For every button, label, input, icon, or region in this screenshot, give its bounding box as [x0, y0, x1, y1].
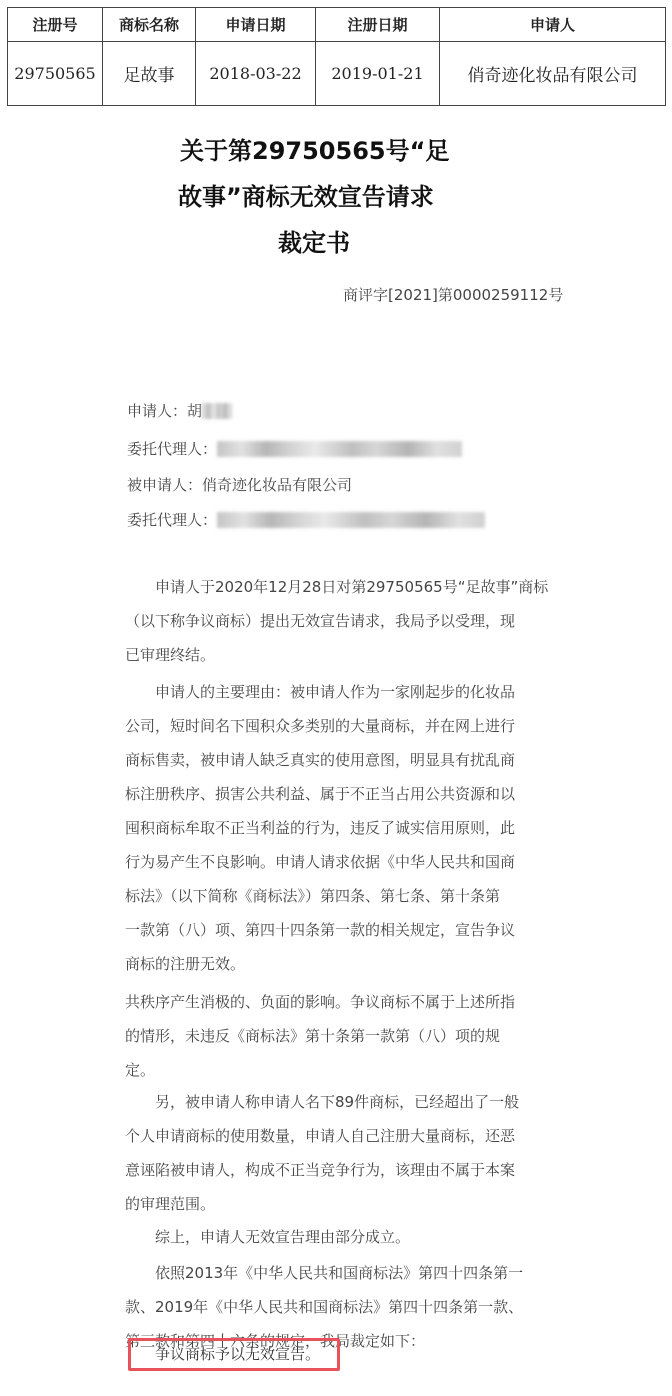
- header-reg-no: 注册号: [8, 8, 103, 42]
- text-line: 综上，申请人无效宣告理由部分成立。: [125, 1220, 550, 1254]
- text-line: 款、2019年《中华人民共和国商标法》第四十四条第一款、: [125, 1290, 550, 1324]
- respondent-agent-label: 委托代理人：: [127, 509, 217, 530]
- text-line: 行为易产生不良影响。申请人请求依据《中华人民共和国商: [125, 845, 550, 879]
- text-line: （以下称争议商标）提出无效宣告请求，我局予以受理，现: [125, 604, 550, 638]
- text-line: 申请人于2020年12月28日对第29750565号“足故事”商标: [125, 570, 550, 604]
- text-line: 个人申请商标的使用数量，申请人自己注册大量商标，还恶: [125, 1119, 550, 1153]
- applicant-label: 申请人：胡: [127, 400, 202, 421]
- table-header-row: 注册号 商标名称 申请日期 注册日期 申请人: [8, 8, 666, 42]
- party-applicant: 申请人：胡: [127, 400, 232, 421]
- header-tm-name: 商标名称: [103, 8, 196, 42]
- redacted-name: [202, 403, 232, 419]
- cell-tm-name: 足故事: [103, 42, 196, 106]
- respondent-label: 被申请人：俏奇迹化妆品有限公司: [127, 474, 352, 495]
- header-app-date: 申请日期: [196, 8, 316, 42]
- text-line: 意诬陷被申请人，构成不正当竞争行为，该理由不属于本案: [125, 1153, 550, 1187]
- text-line: 已审理终结。: [125, 638, 550, 672]
- text-line: 的情形，未违反《商标法》第十条第一款第（八）项的规: [125, 1019, 550, 1053]
- header-applicant: 申请人: [440, 8, 666, 42]
- paragraph-summary: 综上，申请人无效宣告理由部分成立。: [125, 1220, 550, 1254]
- text-line: 一款第（八）项、第四十四条第一款的相关规定，宣告争议: [125, 913, 550, 947]
- text-line: 商标的注册无效。: [125, 947, 550, 981]
- trademark-info-table: 注册号 商标名称 申请日期 注册日期 申请人 29750565 足故事 2018…: [7, 7, 666, 106]
- applicant-agent-label: 委托代理人：: [127, 438, 217, 459]
- paragraph-respondent-claim: 另，被申请人称申请人名下89件商标，已经超出了一般 个人申请商标的使用数量，申请…: [125, 1085, 550, 1221]
- redacted-agent: [217, 441, 462, 457]
- title-line-3: 裁定书: [278, 220, 350, 266]
- text-line: 共秩序产生消极的、负面的影响。争议商标不属于上述所指: [125, 985, 550, 1019]
- text-line: 标法》（以下简称《商标法》）第四条、第七条、第十条第: [125, 879, 550, 913]
- text-line: 标注册秩序、损害公共利益、属于不正当占用公共资源和以: [125, 777, 550, 811]
- document-number: 商评字[2021]第0000259112号: [343, 284, 563, 305]
- text-line: 公司，短时间名下囤积众多类别的大量商标，并在网上进行: [125, 709, 550, 743]
- redacted-agent: [217, 512, 485, 528]
- paragraph-finding: 共秩序产生消极的、负面的影响。争议商标不属于上述所指 的情形，未违反《商标法》第…: [125, 985, 550, 1087]
- text-line: 囤积商标牟取不正当利益的行为，违反了诚实信用原则，此: [125, 811, 550, 845]
- cell-reg-date: 2019-01-21: [316, 42, 440, 106]
- text-line: 申请人的主要理由：被申请人作为一家刚起步的化妆品: [125, 675, 550, 709]
- cell-app-date: 2018-03-22: [196, 42, 316, 106]
- party-applicant-agent: 委托代理人：: [127, 438, 462, 459]
- cell-applicant: 俏奇迹化妆品有限公司: [440, 42, 666, 106]
- header-reg-date: 注册日期: [316, 8, 440, 42]
- text-line: 另，被申请人称申请人名下89件商标，已经超出了一般: [125, 1085, 550, 1119]
- title-line-2: 故事”商标无效宣告请求: [178, 174, 434, 220]
- ruling-text: 争议商标予以无效宣告。: [155, 1343, 320, 1364]
- party-respondent: 被申请人：俏奇迹化妆品有限公司: [127, 474, 352, 495]
- text-line: 定。: [125, 1053, 550, 1087]
- paragraph-applicant-reasons: 申请人的主要理由：被申请人作为一家刚起步的化妆品 公司，短时间名下囤积众多类别的…: [125, 675, 550, 981]
- party-respondent-agent: 委托代理人：: [127, 509, 485, 530]
- text-line: 的审理范围。: [125, 1187, 550, 1221]
- title-line-1: 关于第29750565号“足: [180, 128, 449, 174]
- cell-reg-no: 29750565: [8, 42, 103, 106]
- table-row: 29750565 足故事 2018-03-22 2019-01-21 俏奇迹化妆…: [8, 42, 666, 106]
- text-line: 依照2013年《中华人民共和国商标法》第四十四条第一: [125, 1256, 550, 1290]
- paragraph-acceptance: 申请人于2020年12月28日对第29750565号“足故事”商标 （以下称争议…: [125, 570, 550, 672]
- text-line: 商标售卖，被申请人缺乏真实的使用意图，明显具有扰乱商: [125, 743, 550, 777]
